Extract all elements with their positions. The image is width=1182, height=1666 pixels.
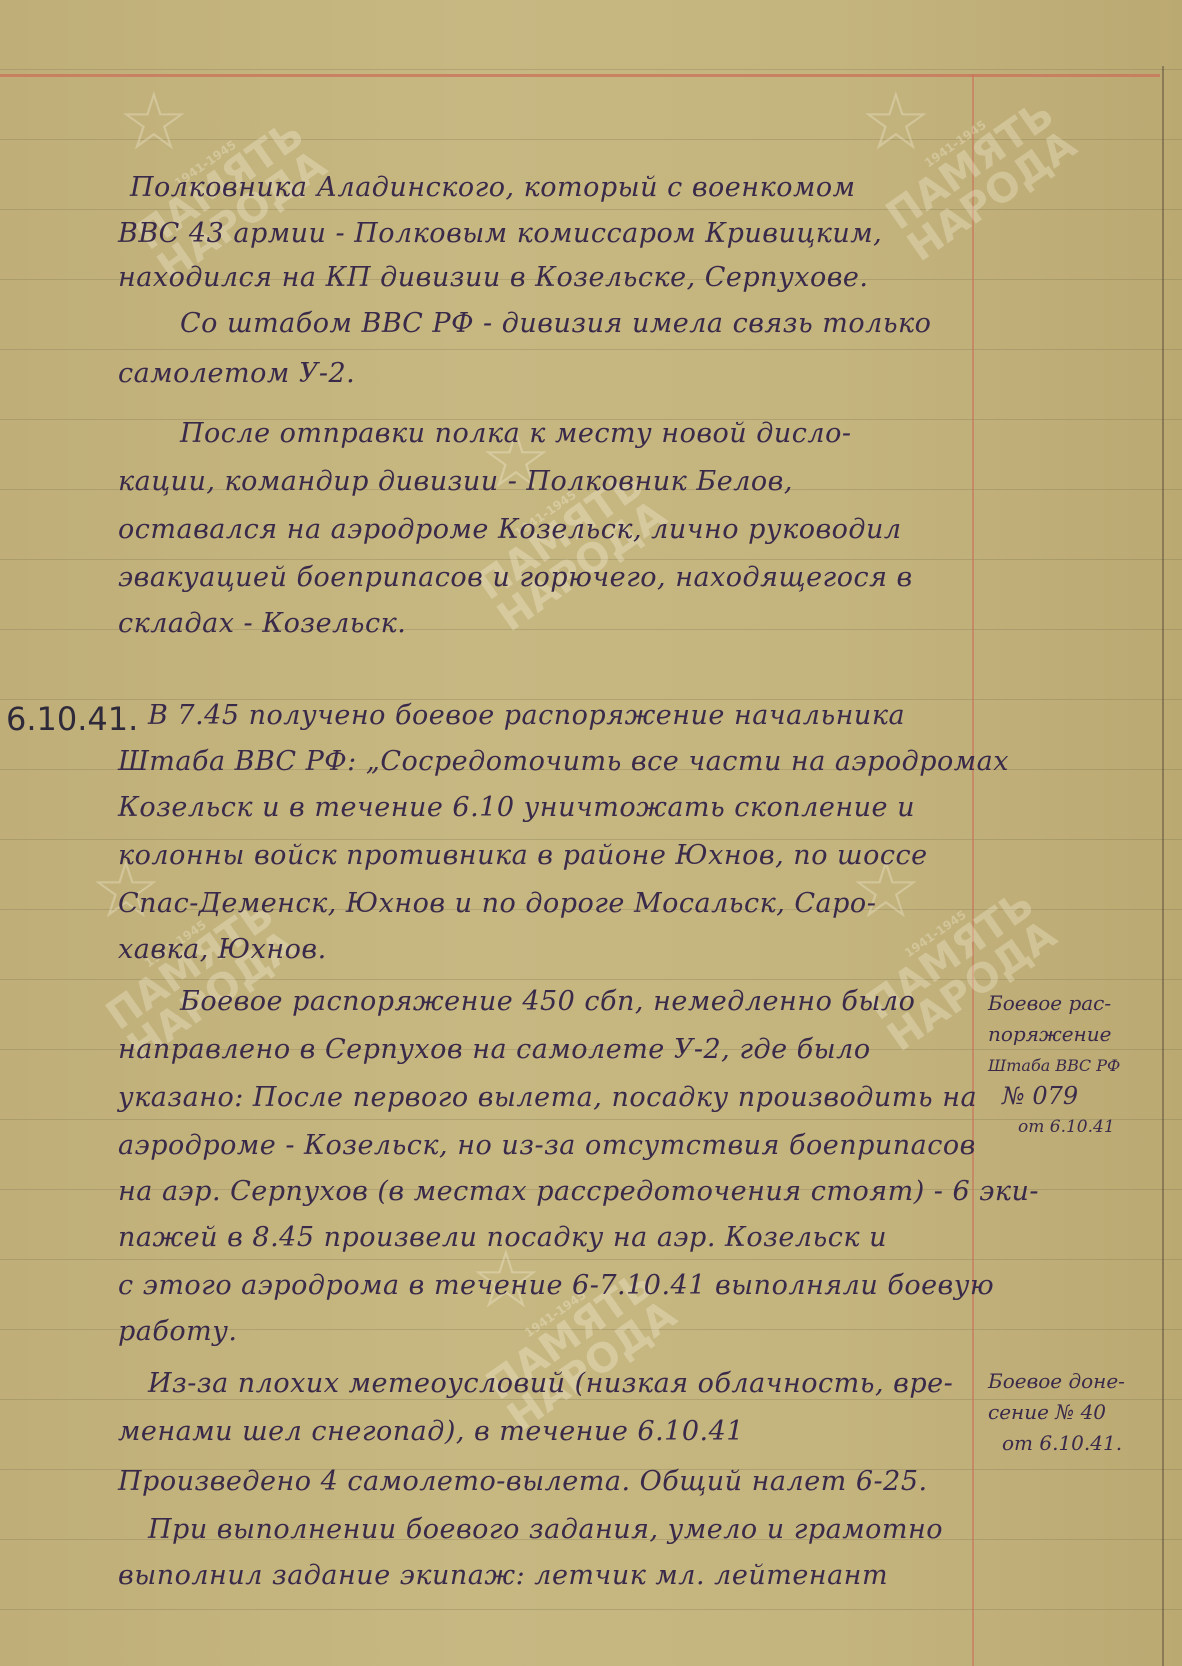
text-line: указано: После первого вылета, посадку п… — [118, 1082, 977, 1113]
star-icon: ☆ — [860, 82, 940, 162]
text-line: хавка, Юхнов. — [118, 934, 327, 965]
margin-note-line: № 079 — [988, 1081, 1120, 1112]
text-line: ВВС 43 армии - Полковым комиссаром Криви… — [118, 218, 882, 249]
text-line: самолетом У-2. — [118, 358, 355, 389]
text-line: колонны войск противника в районе Юхнов,… — [118, 840, 928, 871]
text-line: После отправки полка к месту новой дисло… — [180, 418, 851, 449]
text-line: Спас-Деменск, Юхнов и по дороге Мосальск… — [118, 888, 876, 919]
margin-note-order: Боевое рас- поряжение Штаба ВВС РФ № 079… — [988, 988, 1120, 1143]
margin-note-report: Боевое доне- сение № 40 от 6.10.41. — [988, 1366, 1125, 1459]
text-line: При выполнении боевого задания, умело и … — [148, 1514, 943, 1545]
text-line: складах - Козельск. — [118, 608, 406, 639]
text-line: Со штабом ВВС РФ - дивизия имела связь т… — [180, 308, 931, 339]
margin-note-line: от 6.10.41. — [988, 1428, 1125, 1459]
margin-note-line: поряжение — [988, 1019, 1120, 1050]
text-line: Произведено 4 самолето-вылета. Общий нал… — [118, 1466, 928, 1497]
text-line: Из-за плохих метеоусловий (низкая облачн… — [148, 1368, 953, 1399]
margin-note-line: Боевое доне- — [988, 1366, 1125, 1397]
text-line: кации, командир дивизии - Полковник Бело… — [118, 466, 793, 497]
text-line: с этого аэродрома в течение 6-7.10.41 вы… — [118, 1270, 994, 1301]
text-line: менами шел снегопад), в течение 6.10.41 — [118, 1416, 744, 1447]
header-red-rule — [0, 74, 1160, 77]
margin-note-line: Штаба ВВС РФ — [988, 1050, 1120, 1081]
margin-red-rule — [972, 74, 974, 1666]
document-page: ☆ 1941-1945 ПАМЯТЬ НАРОДА ☆ 1941-1945 ПА… — [0, 0, 1182, 1666]
text-line: оставался на аэродроме Козельск, лично р… — [118, 514, 902, 545]
text-line: Козельск и в течение 6.10 уничтожать ско… — [118, 792, 915, 823]
text-line: аэродроме - Козельск, но из-за отсутстви… — [118, 1130, 976, 1161]
entry-date: 6.10.41. — [6, 700, 138, 738]
margin-note-line: от 6.10.41 — [988, 1112, 1120, 1143]
text-line: Полковника Аладинского, который с военко… — [130, 172, 855, 203]
text-line: Штаба ВВС РФ: „Сосредоточить все части н… — [118, 746, 1009, 777]
watermark: 1941-1945 ПАМЯТЬ НАРОДА — [872, 82, 1083, 267]
text-line: пажей в 8.45 произвели посадку на аэр. К… — [118, 1222, 887, 1253]
margin-note-line: Боевое рас- — [988, 988, 1120, 1019]
text-line: выполнил задание экипаж: летчик мл. лейт… — [118, 1560, 888, 1591]
margin-note-line: сение № 40 — [988, 1397, 1125, 1428]
text-line: Боевое распоряжение 450 сбп, немедленно … — [180, 986, 915, 1017]
star-icon: ☆ — [118, 82, 198, 162]
text-line: работу. — [118, 1316, 237, 1347]
page-edge-line — [1162, 66, 1164, 1666]
text-line: В 7.45 получено боевое распоряжение нача… — [148, 700, 905, 731]
text-line: на аэр. Серпухов (в местах рассредоточен… — [118, 1176, 1039, 1207]
text-line: направлено в Серпухов на самолете У-2, г… — [118, 1034, 871, 1065]
text-line: находился на КП дивизии в Козельске, Сер… — [118, 262, 868, 293]
text-line: эвакуацией боеприпасов и горючего, наход… — [118, 562, 913, 593]
